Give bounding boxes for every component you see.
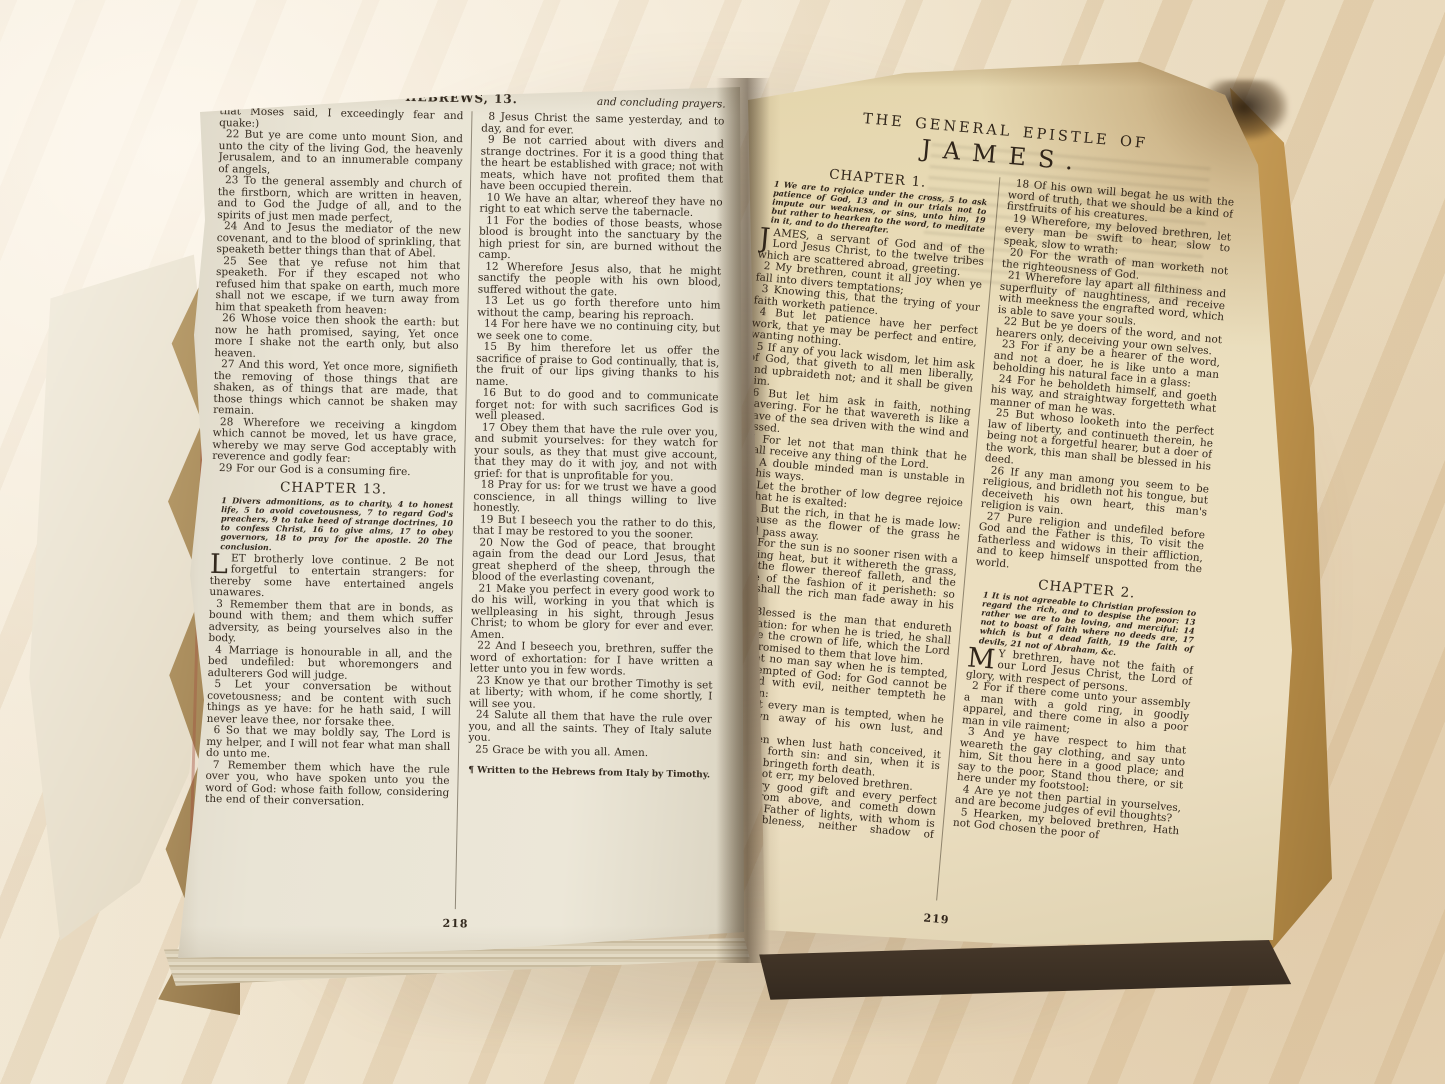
verse-text: 15 By him therefore let us offer the sac… [476,341,720,392]
left-page-columns: that Moses said, I exceedingly fear and … [203,106,726,914]
verse-text: 24 Salute all them that have the rule ov… [468,709,712,749]
drop-cap: M [967,646,999,671]
drop-cap: L [210,553,231,575]
verse-text: 24 And to Jesus the mediator of the new … [216,221,461,261]
page-number-left: 218 [202,912,708,936]
gutter-shadow [716,78,770,963]
right-page: THE GENERAL EPISTLE OF JAMES. CHAPTER 1.… [725,45,1340,990]
verse-text: 3 Remember them that are in bonds, as bo… [208,599,453,650]
verse-text: 26 Whose voice then shook the earth: but… [214,313,459,364]
verse-text: 27 And this word, Yet once more, signifi… [213,359,458,422]
left-page-column-2-text: 8 Jesus Christ the same yesterday, and t… [468,111,724,760]
verse-text: 16 But to do good and to communicate for… [475,387,719,427]
right-page-content: THE GENERAL EPISTLE OF JAMES. CHAPTER 1.… [701,103,1241,946]
chapter-summary: 1 Divers admonitions, as to charity, 4 t… [210,495,455,557]
running-head-right: and concluding prayers. [597,96,726,111]
left-page-column-2: 8 Jesus Christ the same yesterday, and t… [455,111,725,914]
subscription-footnote: ¶ Written to the Hebrews from Italy by T… [468,765,711,780]
left-page: Divers admonitions, HEBREWS, 13. and con… [150,70,760,990]
left-page-content: Divers admonitions, HEBREWS, 13. and con… [202,86,725,935]
verse-text: 17 Obey them that have the rule over you… [474,422,718,485]
verse-text: 18 Pray for us: for we trust we have a g… [473,479,717,519]
verse-text: 25 See that ye refuse not him that speak… [215,255,460,318]
verse-text: 20 Now the God of peace, that brought ag… [472,537,716,588]
verse-text: 28 Wherefore we receiving a kingdom whic… [212,416,457,467]
verse-text: 22 And I beseech you, brethren, suffer t… [470,640,714,680]
verse-text: 5 Let your conversation be without covet… [207,679,452,730]
verse-dropcap: LET brotherly love continue. 2 Be not fo… [209,553,454,604]
verse-text: 21 Make you perfect in every good work t… [470,583,714,646]
verse-text: 22 But ye are come unto mount Sion, and … [218,129,463,180]
verse-text: 11 For the bodies of those beasts, whose… [478,215,722,266]
photo-open-bible: Divers admonitions, HEBREWS, 13. and con… [0,0,1445,1084]
right-page-columns: CHAPTER 1.1 We are to rejoice under the … [703,157,1236,921]
left-page-column-1: that Moses said, I exceedingly fear and … [203,106,464,909]
verse-text: 9 Be not carried about with divers and s… [480,134,724,197]
verse-text: 23 To the general assembly and church of… [217,175,462,226]
verse-text: 7 Remember them which have the rule over… [205,760,450,811]
